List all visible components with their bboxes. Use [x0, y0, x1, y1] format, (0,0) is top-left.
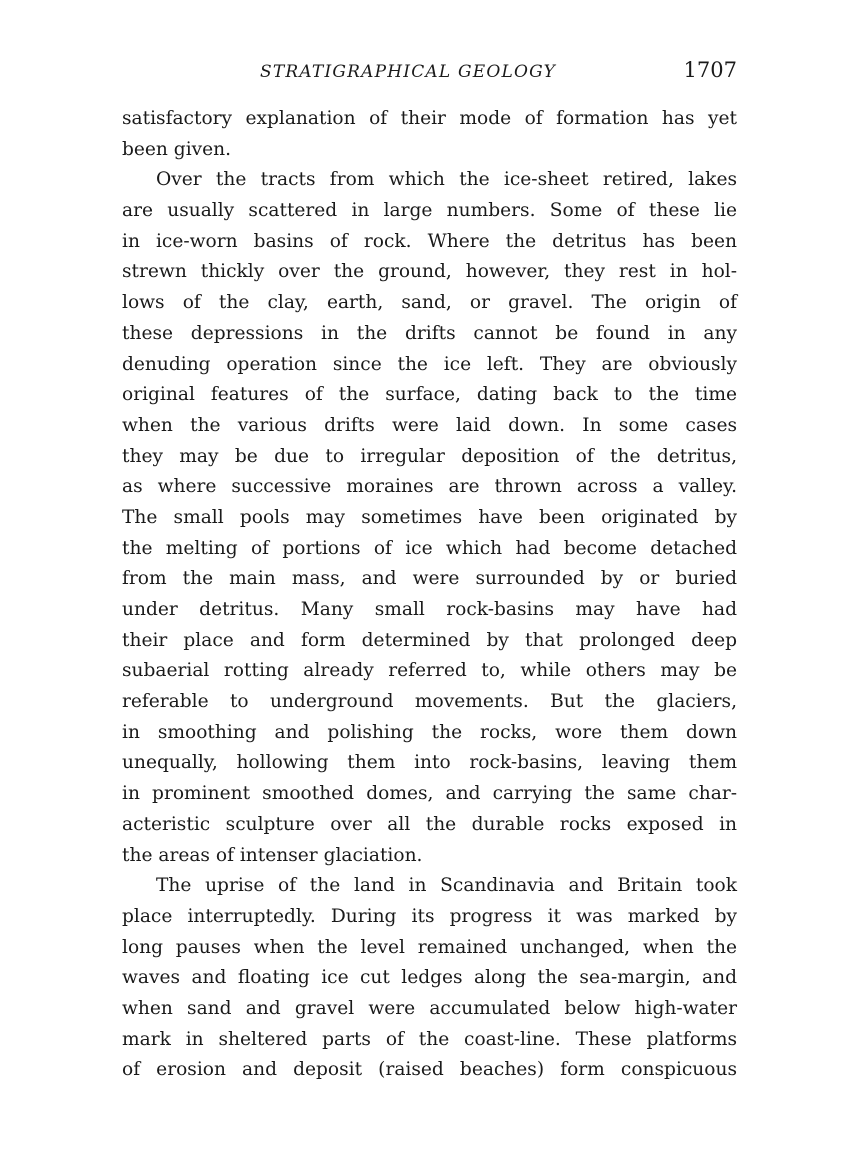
text-line: these depressions in the drifts cannot b…: [122, 319, 737, 350]
text-line: subaerial rotting already referred to, w…: [122, 656, 737, 687]
text-line: place interruptedly. During its progress…: [122, 902, 737, 933]
text-line: they may be due to irregular deposition …: [122, 442, 737, 473]
text-line: acteristic sculpture over all the durabl…: [122, 810, 737, 841]
text-line: original features of the surface, dating…: [122, 380, 737, 411]
text-line: in ice-worn basins of rock. Where the de…: [122, 227, 737, 258]
text-line: lows of the clay, earth, sand, or gravel…: [122, 288, 737, 319]
text-line: been given.: [122, 135, 737, 166]
text-line: denuding operation since the ice left. T…: [122, 350, 737, 381]
text-line: satisfactory explanation of their mode o…: [122, 104, 737, 135]
text-line: Over the tracts from which the ice-sheet…: [122, 165, 737, 196]
text-line: mark in sheltered parts of the coast-lin…: [122, 1025, 737, 1056]
text-line: when sand and gravel were accumulated be…: [122, 994, 737, 1025]
text-line: waves and floating ice cut ledges along …: [122, 963, 737, 994]
body-text: satisfactory explanation of their mode o…: [122, 104, 737, 1086]
text-line: in prominent smoothed domes, and carryin…: [122, 779, 737, 810]
text-line: under detritus. Many small rock-basins m…: [122, 595, 737, 626]
text-line: from the main mass, and were surrounded …: [122, 564, 737, 595]
text-line: the melting of portions of ice which had…: [122, 534, 737, 565]
text-line: referable to underground movements. But …: [122, 687, 737, 718]
text-line: are usually scattered in large numbers. …: [122, 196, 737, 227]
text-line: as where successive moraines are thrown …: [122, 472, 737, 503]
text-line: of erosion and deposit (raised beaches) …: [122, 1055, 737, 1086]
text-line: the areas of intenser glaciation.: [122, 841, 737, 872]
text-line: their place and form determined by that …: [122, 626, 737, 657]
text-line: in smoothing and polishing the rocks, wo…: [122, 718, 737, 749]
page-header: STRATIGRAPHICAL GEOLOGY 1707: [122, 58, 737, 88]
text-line: long pauses when the level remained unch…: [122, 933, 737, 964]
page-number: 1707: [684, 58, 737, 82]
book-page: STRATIGRAPHICAL GEOLOGY 1707 satisfactor…: [0, 0, 850, 1150]
text-line: The small pools may sometimes have been …: [122, 503, 737, 534]
text-line: strewn thickly over the ground, however,…: [122, 257, 737, 288]
running-title: STRATIGRAPHICAL GEOLOGY: [260, 62, 556, 82]
text-line: The uprise of the land in Scandinavia an…: [122, 871, 737, 902]
text-line: when the various drifts were laid down. …: [122, 411, 737, 442]
text-line: unequally, hollowing them into rock-basi…: [122, 748, 737, 779]
